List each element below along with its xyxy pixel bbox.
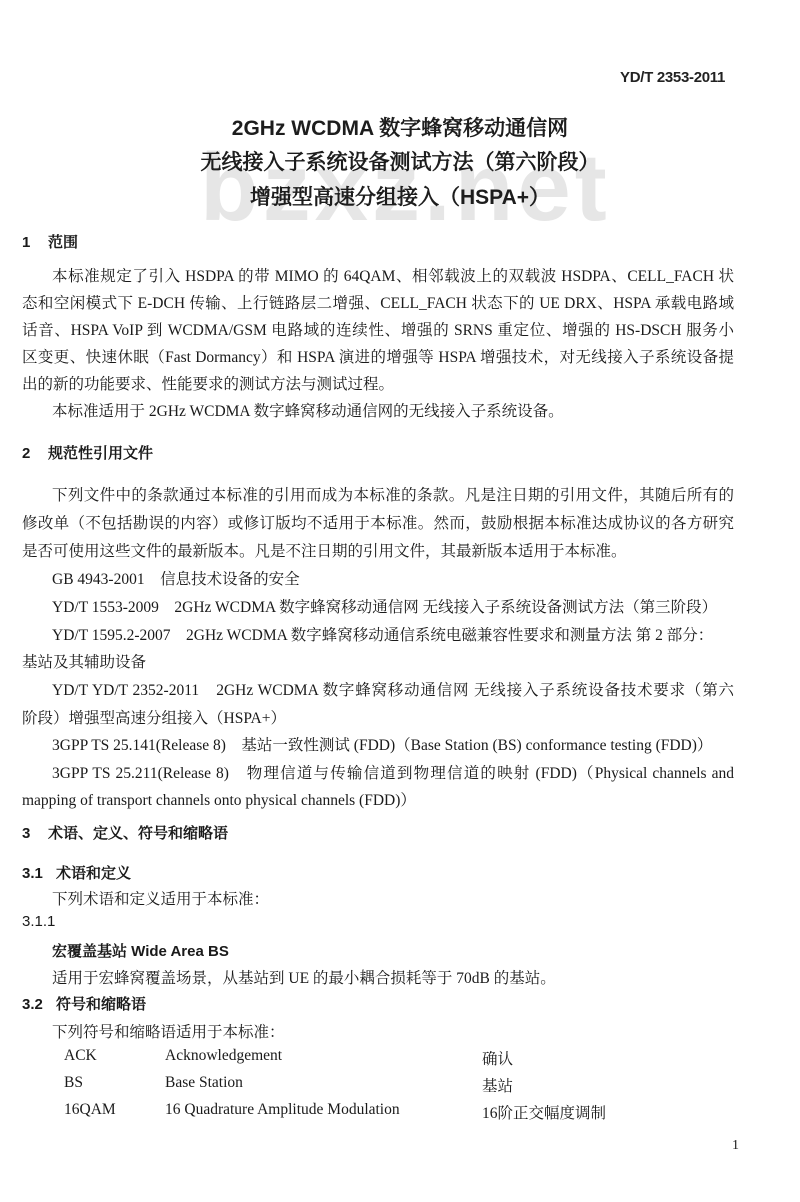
subsection-3-2-heading: 3.2符号和缩略语 xyxy=(22,993,146,1014)
section-number: 2 xyxy=(22,445,48,462)
reference-item: 3GPP TS 25.141(Release 8) 基站一致性测试 (FDD)（… xyxy=(52,733,764,755)
subsection-number: 3.1 xyxy=(22,865,56,882)
document-id: YD/T 2353-2011 xyxy=(620,69,725,86)
section-3-heading: 3术语、定义、符号和缩略语 xyxy=(22,822,228,843)
reference-item-cont: 阶段）增强型高速分组接入（HSPA+） xyxy=(22,706,734,728)
abbr-english: 16 Quadrature Amplitude Modulation xyxy=(165,1101,400,1119)
abbr-code: 16QAM xyxy=(64,1101,116,1119)
subsection-3-1-heading: 3.1术语和定义 xyxy=(22,862,131,883)
title-line-1: 2GHz WCDMA 数字蜂窝移动通信网 xyxy=(0,112,800,142)
section-number: 3 xyxy=(22,825,48,842)
subsection-title: 术语和定义 xyxy=(56,865,131,882)
term-number: 3.1.1 xyxy=(22,913,55,930)
abbr-chinese: 16阶正交幅度调制 xyxy=(482,1101,606,1123)
subsection-number: 3.2 xyxy=(22,996,56,1013)
abbr-code: BS xyxy=(64,1074,83,1092)
title-line-2: 无线接入子系统设备测试方法（第六阶段） xyxy=(0,146,800,176)
s1-para1-line4: 区变更、快速休眠（Fast Dormancy）和 HSPA 演进的增强等 HSP… xyxy=(22,345,734,367)
abbr-code: ACK xyxy=(64,1047,97,1065)
s2-intro-line1: 下列文件中的条款通过本标准的引用而成为本标准的条款。凡是注日期的引用文件，其随后… xyxy=(52,483,734,505)
subsection-title: 符号和缩略语 xyxy=(56,996,146,1013)
reference-item-cont: mapping of transport channels onto physi… xyxy=(22,788,734,810)
abbr-chinese: 基站 xyxy=(482,1074,513,1096)
s1-para1-line3: 话音、HSPA VoIP 到 WCDMA/GSM 电路域的连续性、增强的 SRN… xyxy=(22,318,734,340)
reference-item: YD/T YD/T 2352-2011 2GHz WCDMA 数字蜂窝移动通信网… xyxy=(52,678,734,700)
s3-2-intro: 下列符号和缩略语适用于本标准： xyxy=(52,1020,764,1042)
s2-intro-line3: 是否可使用这些文件的最新版本。凡是不注日期的引用文件，其最新版本适用于本标准。 xyxy=(22,539,734,561)
abbr-english: Base Station xyxy=(165,1074,243,1092)
reference-item: GB 4943-2001 信息技术设备的安全 xyxy=(52,567,764,589)
reference-item: YD/T 1553-2009 2GHz WCDMA 数字蜂窝移动通信网 无线接入… xyxy=(52,595,764,617)
section-1-heading: 1范围 xyxy=(22,231,78,252)
section-2-heading: 2规范性引用文件 xyxy=(22,442,153,463)
s2-intro-line2: 修改单（不包括勘误的内容）或修订版均不适用于本标准。然而，鼓励根据本标准达成协议… xyxy=(22,511,734,533)
s1-para1-line5: 出的新的功能要求、性能要求的测试方法与测试过程。 xyxy=(22,372,734,394)
abbr-english: Acknowledgement xyxy=(165,1047,282,1065)
section-title: 规范性引用文件 xyxy=(48,445,153,462)
s1-para1-line1: 本标准规定了引入 HSDPA 的带 MIMO 的 64QAM、相邻载波上的双载波… xyxy=(52,264,734,286)
s3-1-intro: 下列术语和定义适用于本标准： xyxy=(52,887,764,909)
s1-para1-line2: 态和空闲模式下 E-DCH 传输、上行链路层二增强、CELL_FACH 状态下的… xyxy=(22,291,734,313)
section-title: 术语、定义、符号和缩略语 xyxy=(48,825,228,842)
s1-para2: 本标准适用于 2GHz WCDMA 数字蜂窝移动通信网的无线接入子系统设备。 xyxy=(52,399,764,421)
section-number: 1 xyxy=(22,234,48,251)
reference-item-cont: 基站及其辅助设备 xyxy=(22,650,734,672)
reference-item: 3GPP TS 25.211(Release 8) 物理信道与传输信道到物理信道… xyxy=(52,761,734,783)
section-title: 范围 xyxy=(48,234,78,251)
page-number: 1 xyxy=(732,1138,739,1154)
term-definition: 适用于宏蜂窝覆盖场景，从基站到 UE 的最小耦合损耗等于 70dB 的基站。 xyxy=(52,966,764,988)
reference-item: YD/T 1595.2-2007 2GHz WCDMA 数字蜂窝移动通信系统电磁… xyxy=(52,623,764,645)
term-title: 宏覆盖基站 Wide Area BS xyxy=(52,940,764,961)
title-line-3: 增强型高速分组接入（HSPA+） xyxy=(0,181,800,211)
abbr-chinese: 确认 xyxy=(482,1047,513,1069)
